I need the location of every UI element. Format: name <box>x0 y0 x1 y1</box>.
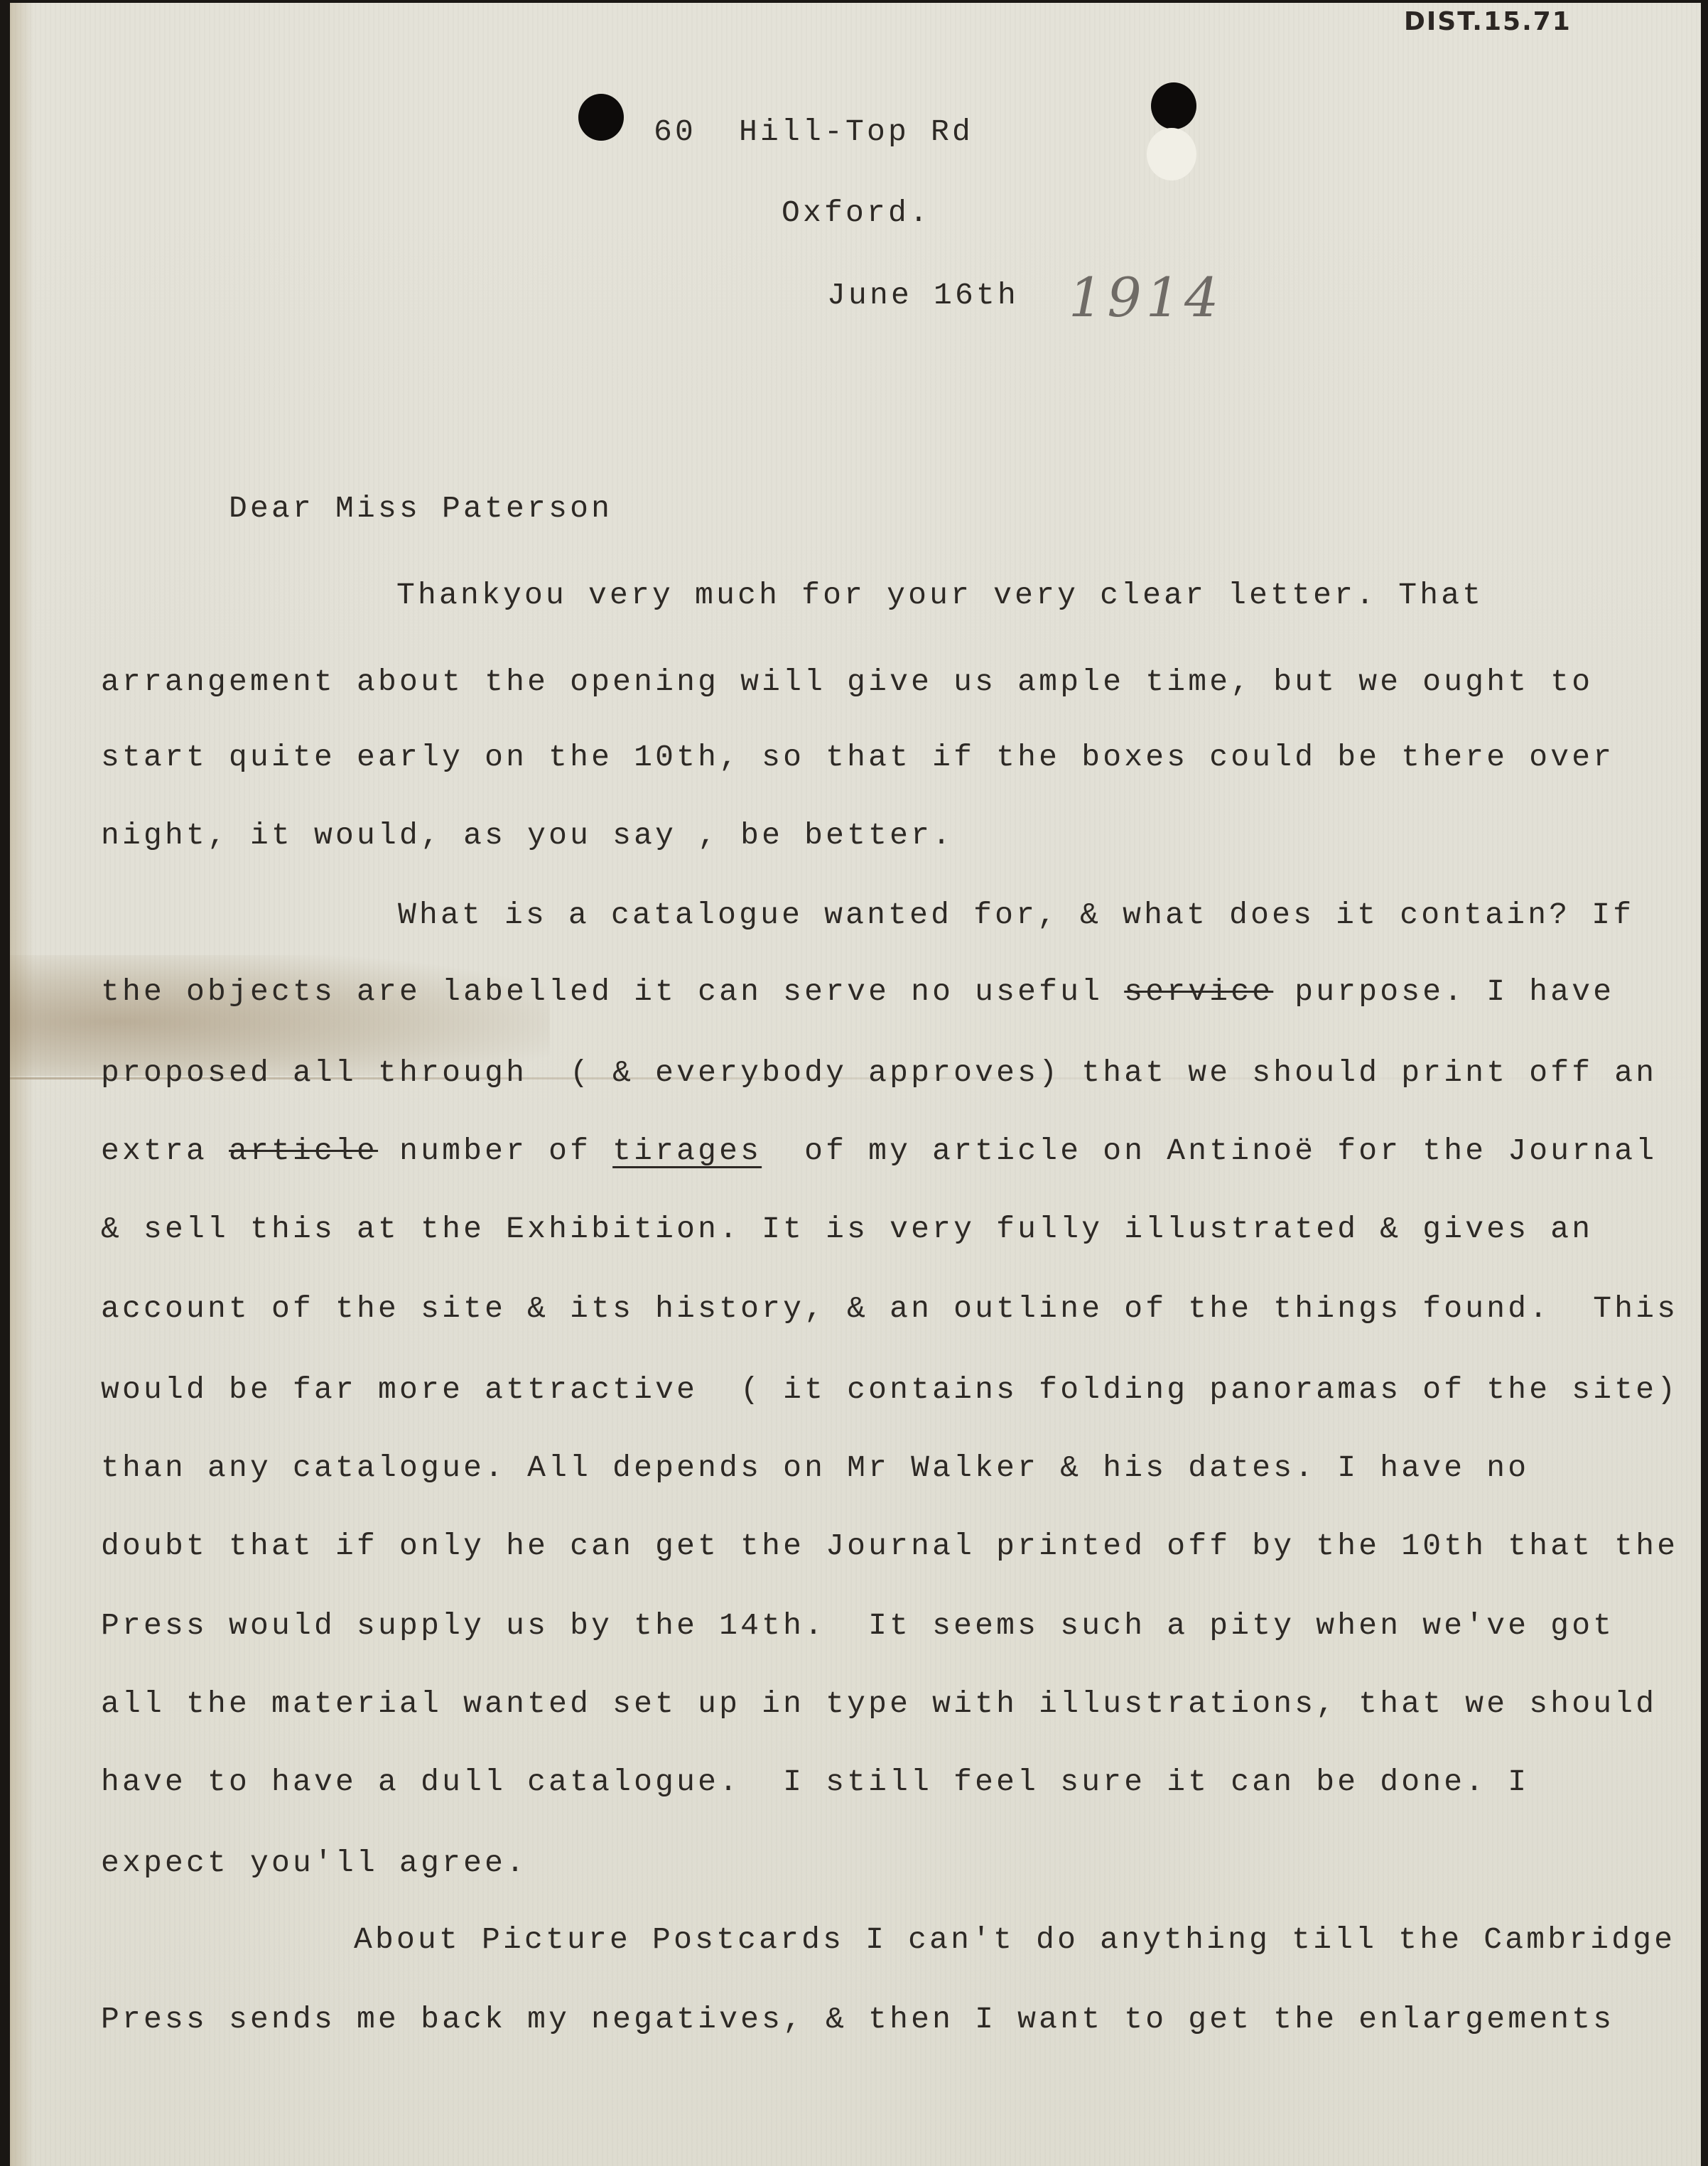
text-segment: of my article on Antinoë for the Journal <box>762 1133 1657 1168</box>
letter-page: DIST.15.71 60 Hill-Top Rd Oxford. June 1… <box>10 3 1701 2166</box>
body-line-19: Press sends me back my negatives, & then… <box>101 2004 1614 2035</box>
handwritten-year: 1914 <box>1069 266 1223 329</box>
punch-hole-left <box>578 94 624 141</box>
struck-out-word: service <box>1124 974 1273 1009</box>
body-line-11: would be far more attractive ( it contai… <box>101 1374 1678 1405</box>
body-line-3: start quite early on the 10th, so that i… <box>101 742 1614 772</box>
text-segment: number of <box>378 1133 612 1168</box>
body-line-10: account of the site & its history, & an … <box>101 1293 1678 1324</box>
text-segment: purpose. I have <box>1273 974 1614 1009</box>
body-line-13: doubt that if only he can get the Journa… <box>101 1531 1678 1561</box>
body-line-18: About Picture Postcards I can't do anyth… <box>354 1924 1675 1955</box>
body-line-16: have to have a dull catalogue. I still f… <box>101 1767 1529 1797</box>
paper-edge-discoloration <box>10 3 34 2166</box>
text-segment: the objects are labelled it can serve no… <box>101 974 1124 1009</box>
punch-hole-reinforcement <box>1147 128 1196 180</box>
body-line-1: Thankyou very much for your very clear l… <box>396 580 1483 610</box>
body-line-15: all the material wanted set up in type w… <box>101 1688 1657 1719</box>
body-line-6: the objects are labelled it can serve no… <box>101 976 1614 1007</box>
body-line-4: night, it would, as you say , be better. <box>101 820 953 851</box>
archive-reference: DIST.15.71 <box>1404 7 1572 36</box>
text-segment: extra <box>101 1133 229 1168</box>
salutation: Dear Miss Paterson <box>229 493 612 524</box>
struck-out-word: article <box>229 1133 378 1168</box>
body-line-7: proposed all through ( & everybody appro… <box>101 1057 1657 1088</box>
punch-hole-right <box>1151 82 1196 129</box>
underlined-word: tirages <box>612 1133 762 1168</box>
body-line-5: What is a catalogue wanted for, & what d… <box>398 900 1634 930</box>
body-line-12: than any catalogue. All depends on Mr Wa… <box>101 1453 1529 1483</box>
body-line-2: arrangement about the opening will give … <box>101 667 1593 697</box>
body-line-8: extra article number of tirages of my ar… <box>101 1136 1657 1166</box>
address-line-2: Oxford. <box>782 198 931 228</box>
body-line-17: expect you'll agree. <box>101 1848 527 1878</box>
body-line-14: Press would supply us by the 14th. It se… <box>101 1610 1614 1641</box>
address-line-1: 60 Hill-Top Rd <box>654 117 973 147</box>
letter-date: June 16th <box>827 280 1019 311</box>
body-line-9: & sell this at the Exhibition. It is ver… <box>101 1214 1593 1244</box>
